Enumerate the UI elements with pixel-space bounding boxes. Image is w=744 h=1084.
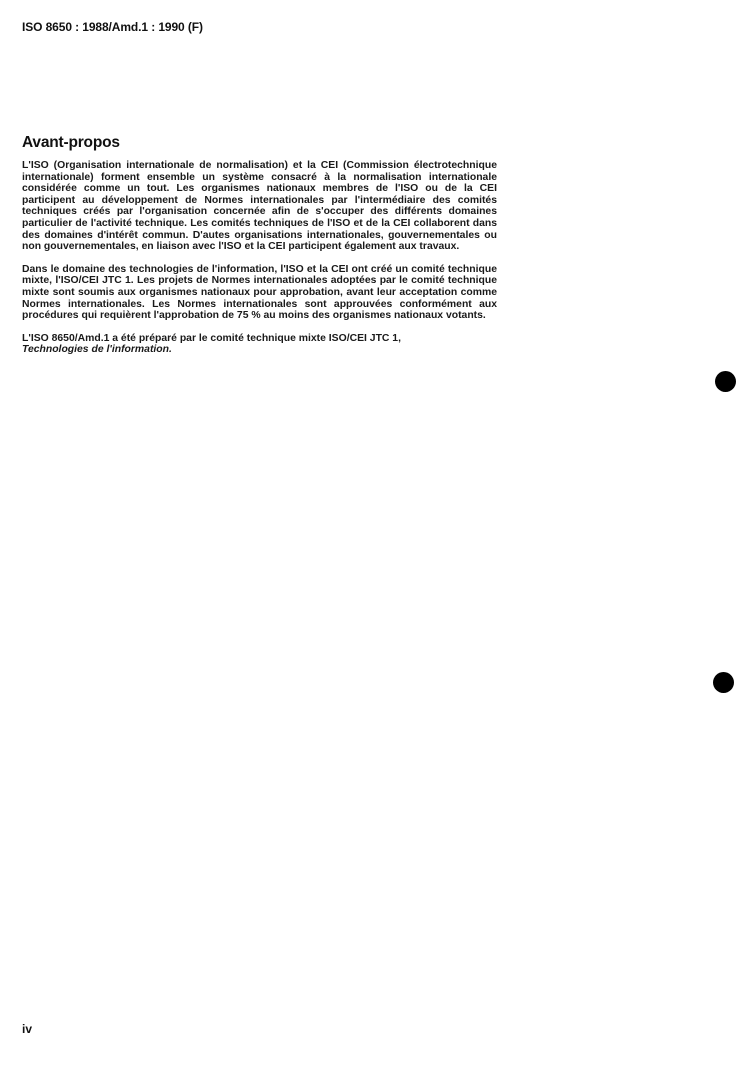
binding-hole-mark-icon [713, 672, 734, 693]
section-title: Avant-propos [22, 134, 120, 152]
paragraph-3: L'ISO 8650/Amd.1 a été préparé par le co… [22, 333, 497, 356]
paragraph-2: Dans le domaine des technologies de l'in… [22, 264, 497, 322]
binding-hole-mark-icon [715, 371, 736, 392]
committee-title: Technologies de l'information. [22, 344, 172, 355]
paragraph-1: L'ISO (Organisation internationale de no… [22, 160, 497, 253]
page-number: iv [22, 1022, 32, 1036]
standard-reference-header: ISO 8650 : 1988/Amd.1 : 1990 (F) [22, 20, 203, 34]
paragraph-3-text: L'ISO 8650/Amd.1 a été préparé par le co… [22, 333, 401, 344]
section-body: L'ISO (Organisation internationale de no… [22, 160, 497, 367]
